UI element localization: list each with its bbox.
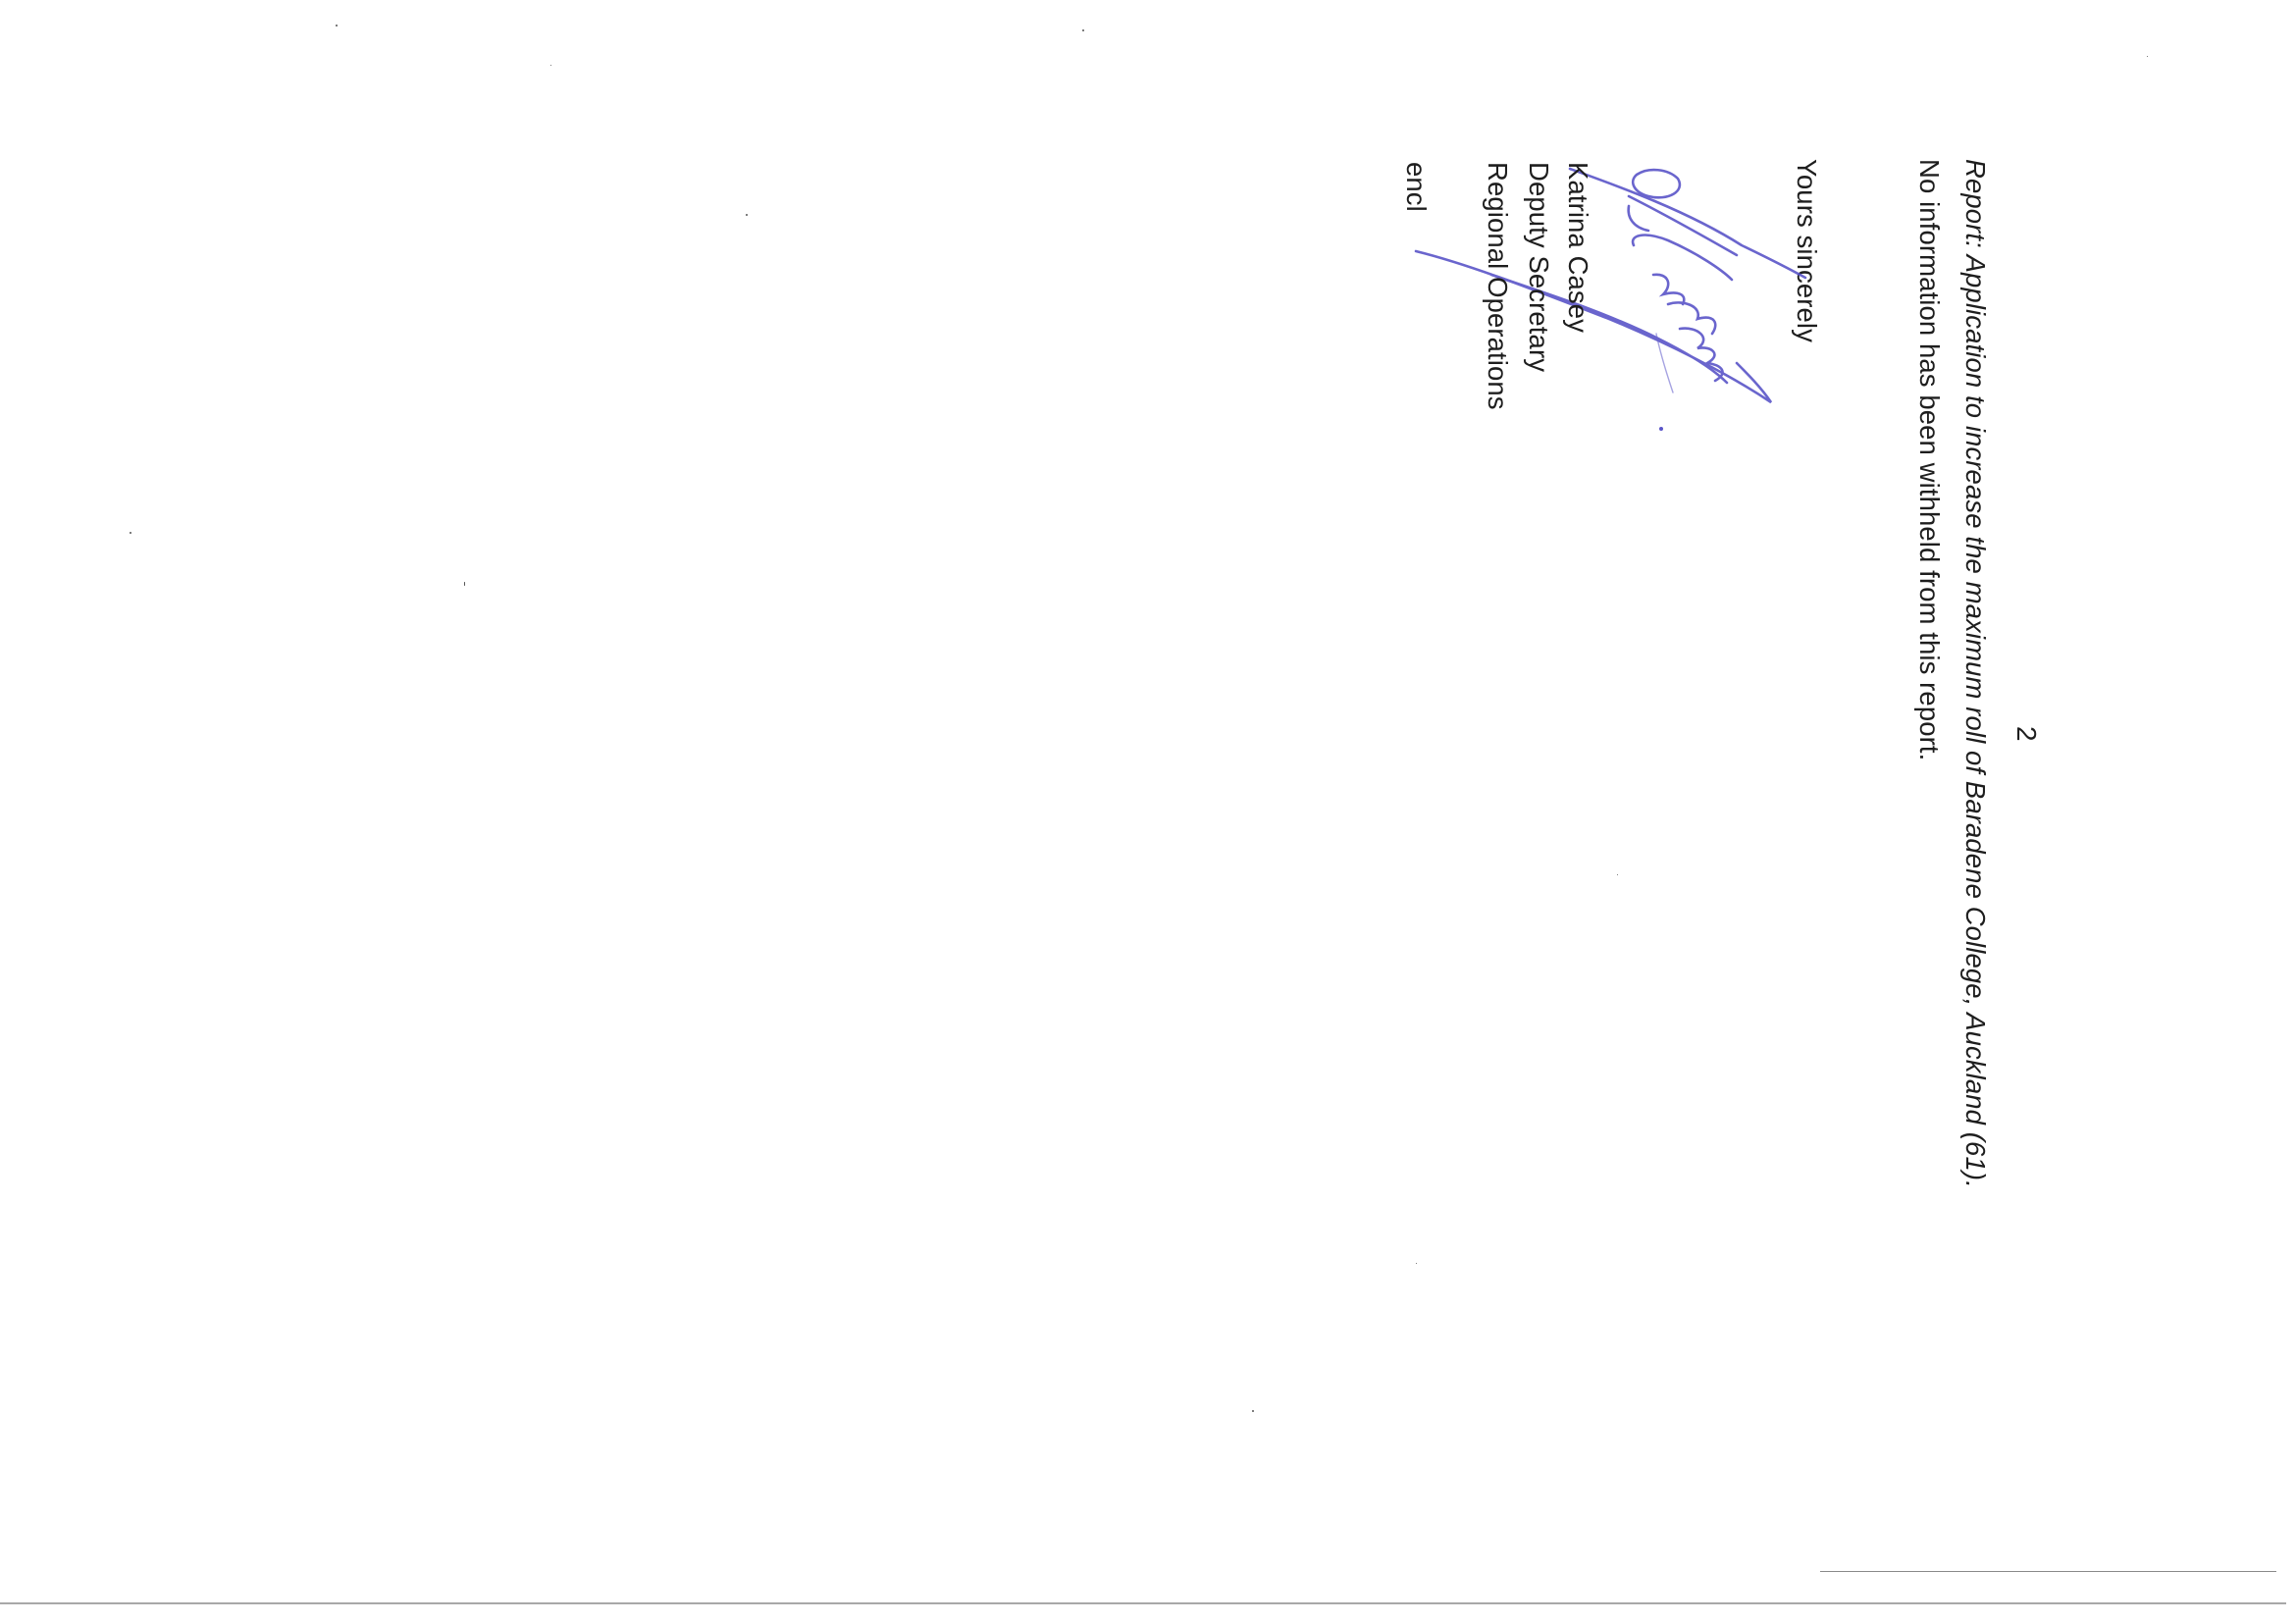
- scan-speck: [130, 532, 131, 534]
- scan-speck: [1416, 1263, 1417, 1264]
- scan-speck: [336, 25, 338, 26]
- scan-edge-line-short: [1820, 1571, 2276, 1572]
- scan-speck: [1252, 1410, 1254, 1412]
- report-title-line: Report: Application to increase the maxi…: [1958, 159, 1992, 1188]
- scan-speck: [1617, 874, 1618, 875]
- signatory-department: Regional Operations: [1481, 162, 1514, 410]
- withheld-statement: No information has been withheld from th…: [1912, 159, 1946, 760]
- closing-salutation: Yours sincerely: [1790, 159, 1823, 342]
- handwritten-signature: [0, 0, 2296, 1623]
- scan-speck: [1082, 29, 1084, 31]
- scanned-letter-page: 2 Report: Application to increase the ma…: [0, 0, 2296, 1623]
- scan-speck: [464, 582, 465, 586]
- signatory-title: Deputy Secretary: [1522, 162, 1555, 372]
- signatory-name: Katrina Casey: [1561, 162, 1594, 333]
- enclosure-note: encl: [1399, 162, 1433, 212]
- scan-edge-line: [0, 1602, 2286, 1604]
- scan-speck: [746, 214, 748, 216]
- page-number: 2: [2009, 726, 2043, 742]
- scan-speck: [550, 65, 551, 66]
- scan-speck: [2147, 56, 2148, 57]
